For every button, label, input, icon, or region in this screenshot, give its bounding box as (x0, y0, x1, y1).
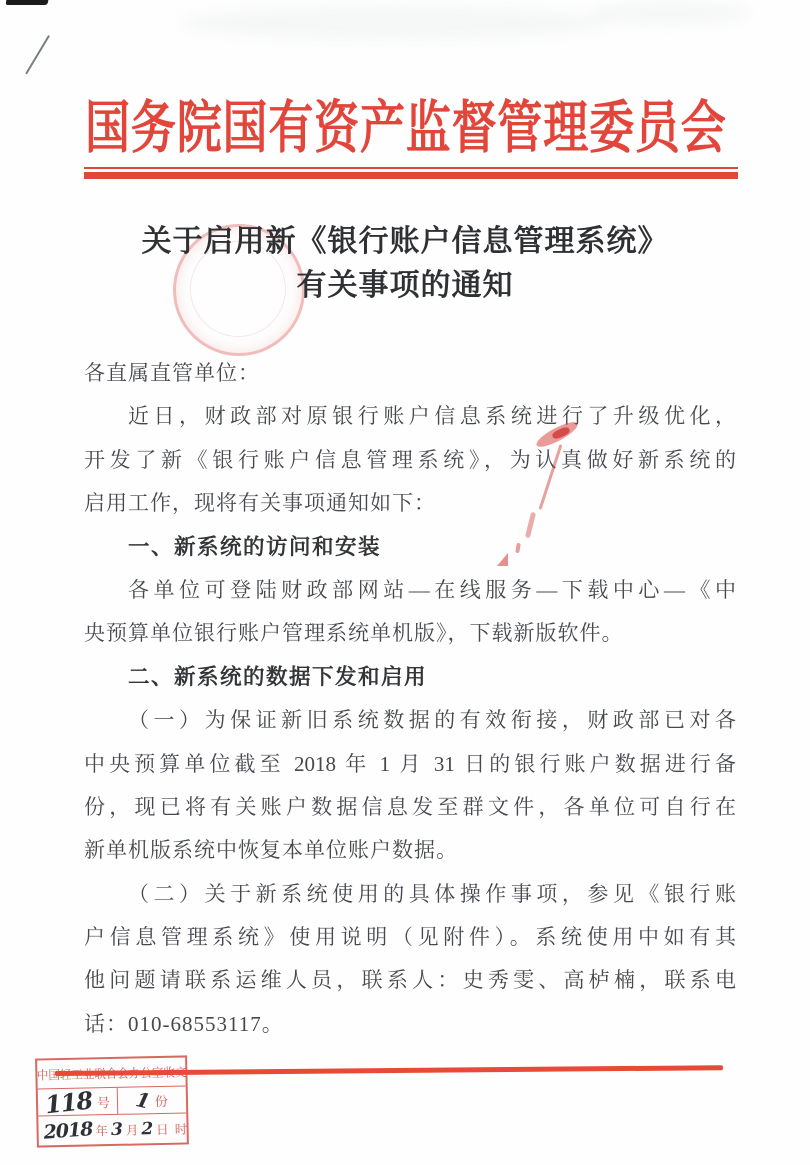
letterhead-rule-thin (84, 167, 738, 169)
document-title-line2: 有关事项的通知 (0, 264, 810, 308)
pencil-check-mark (25, 35, 50, 75)
document-title-line1: 关于启用新《银行账户信息管理系统》 (0, 220, 810, 264)
received-stamp-date-row: 2018 年 3 月 2 日 时 (38, 1113, 187, 1145)
handwritten-year: 2018 (43, 1118, 93, 1144)
handwritten-day: 2 (141, 1119, 153, 1139)
body-line: 各单位可登陆财政部网站—在线服务—下载中心—《中 (84, 569, 736, 612)
body-line: 央预算单位银行账户管理系统单机版》，下载新版软件。 (84, 612, 736, 655)
body-line: 各直属直管单位： (84, 352, 736, 395)
body-heading-line: 一、新系统的访问和安装 (84, 526, 736, 569)
letterhead-org-name: 国务院国有资产监督管理委员会 (85, 92, 725, 164)
month-label: 月 (126, 1120, 139, 1138)
handwritten-month: 3 (111, 1119, 123, 1139)
body-line: 份，现已将有关账户数据信息发至群文件，各单位可自行在 (84, 786, 736, 829)
copies-label: 份 (155, 1090, 168, 1109)
scanned-document-page: 国务院国有资产监督管理委员会 关于启用新《银行账户信息管理系统》 有关事项的通知… (0, 0, 810, 1165)
body-line: （一）为保证新旧系统数据的有效衔接，财政部已对各 (84, 699, 736, 742)
body-line: 他问题请联系运维人员，联系人：史秀雯、高栌楠，联系电 (84, 959, 736, 1002)
body-line: 户信息管理系统》使用说明（见附件）。系统使用中如有其 (84, 916, 736, 959)
number-label: 号 (97, 1092, 110, 1111)
body-line: 话：010-68553117。 (84, 1003, 736, 1046)
year-label: 年 (95, 1121, 108, 1139)
handwritten-doc-number: 118 (43, 1085, 93, 1119)
received-stamp-number-cell: 118 号 (38, 1088, 118, 1116)
received-stamp-number-row: 118 号 1 份 (38, 1086, 187, 1116)
body-line: 开发了新《银行账户信息管理系统》，为认真做好新系统的 (84, 439, 736, 482)
body-line: 新单机版系统中恢复本单位账户数据。 (84, 829, 736, 872)
day-label: 日 (156, 1119, 169, 1137)
paper-smudge (180, 6, 610, 40)
body-heading-line: 二、新系统的数据下发和启用 (84, 656, 736, 699)
body-line: 启用工作，现将有关事项通知如下： (84, 482, 736, 525)
hour-label: 时 (175, 1119, 188, 1137)
received-stamp-copies-cell: 1 份 (117, 1086, 186, 1113)
body-line: 近日，财政部对原银行账户信息系统进行了升级优化， (84, 395, 736, 438)
paper-smudge (590, 0, 750, 26)
body-line: （二）关于新系统使用的具体操作事项，参见《银行账 (84, 873, 736, 916)
body-line: 中央预算单位截至 2018 年 1 月 31 日的银行账户数据进行备 (84, 743, 736, 786)
scan-corner-smudge (6, 0, 49, 5)
letterhead-rule-thick (84, 172, 738, 179)
document-body: 各直属直管单位：近日，财政部对原银行账户信息系统进行了升级优化，开发了新《银行账… (84, 352, 736, 1046)
handwritten-copies: 1 (133, 1087, 152, 1113)
document-title: 关于启用新《银行账户信息管理系统》 有关事项的通知 (0, 220, 810, 308)
